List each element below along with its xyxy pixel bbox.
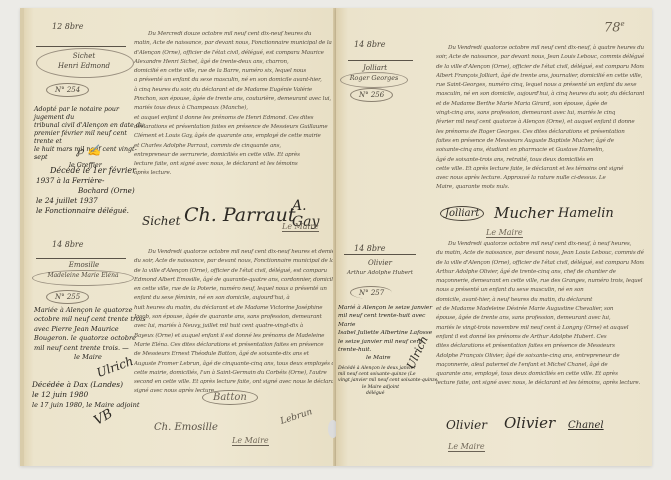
- annotation-line: Mariée à Alençon le quatorze: [34, 306, 146, 315]
- margin-annotation-adoption: Adopté par le notaire pour jugement du t…: [34, 106, 144, 170]
- body-line: Du Mercredi douze octobre mil neuf cent …: [134, 30, 334, 39]
- body-line: huit heures du matin, du déclarant et de…: [134, 304, 334, 313]
- body-line: soir, Acte de naissance, par devant nous…: [436, 53, 644, 62]
- body-line: cette mairie, domiciliés, l'un à Saint-G…: [134, 369, 334, 378]
- body-line: quarante ans, employé, tous deux domicil…: [436, 370, 644, 379]
- entry-given-names: Madeleine Marie Eléna: [34, 272, 132, 279]
- body-line: nous a présenté un enfant du sexe mascul…: [436, 286, 644, 295]
- act-body: Du Vendredi quatorze octobre mil neuf ce…: [436, 240, 644, 389]
- body-line: et de Madame Berthe Marie Maria Girard, …: [436, 100, 644, 109]
- body-line: Clément et Louis Gay, âgés de quarante a…: [134, 132, 334, 141]
- body-line: Edmond Albert Emosille, âgé de quarante-…: [134, 276, 334, 285]
- act-body: Du Mercredi douze octobre mil neuf cent …: [134, 30, 334, 179]
- body-line: rue Saint-Georges, numéro cinq, lequel n…: [436, 81, 644, 90]
- body-line: du matin, Acte de naissance, par devant …: [436, 249, 644, 258]
- body-line: Auguste Fromer Lebrun, âgé de cinquante-…: [134, 360, 334, 369]
- body-line: mariés tous deux à Champeaux (Manche),: [134, 104, 334, 113]
- margin-divider: [36, 46, 126, 47]
- signature-witness-2: Lebrun: [279, 407, 313, 427]
- body-line: second en cette ville. Et après lecture …: [134, 378, 334, 387]
- body-line: Maire, quarante mots nuls.: [436, 183, 644, 192]
- body-line: maçonnerie, aïeul paternel de l'enfant e…: [436, 361, 644, 370]
- folio-value: 78: [604, 20, 621, 35]
- body-line: du soir, Acte de naissance, par devant n…: [134, 257, 334, 266]
- body-line: après lecture.: [134, 169, 334, 178]
- right-page: 78e 14 8bre Jolliart Roger Georges N° 25…: [336, 8, 652, 466]
- entry-surname: Jolliart: [344, 64, 406, 72]
- entry-surname: Olivier: [344, 259, 416, 267]
- annotation-line: Bochard (Orne): [36, 186, 156, 196]
- body-line: soixante-cinq ans, étudiant en pharmacie…: [436, 146, 644, 155]
- left-page: 12 8bre Sichet Henri Edmond N° 254 Adopt…: [20, 8, 336, 466]
- margin-divider: [348, 60, 413, 61]
- signature-declarant: Sichet: [142, 214, 180, 228]
- signature-mayor: Le Maire: [232, 436, 269, 446]
- signature-declarant: Ch. Emosille: [154, 422, 218, 433]
- body-line: Du Vendredi quatorze octobre mil neuf ce…: [436, 240, 644, 249]
- margin-divider: [36, 258, 126, 259]
- signature-witness-1: Olivier: [504, 414, 555, 432]
- body-line: avec nous après lecture. Approuvé la rat…: [436, 174, 644, 183]
- body-line: domicilié en cette ville, rue de la Barr…: [134, 67, 334, 76]
- entry-given-names: Arthur Adolphe Hubert: [340, 270, 420, 276]
- body-line: lecture faite, ont signé avec nous, le d…: [134, 160, 334, 169]
- annotation-line: vingt janvier mil neuf cent soixante-qui…: [338, 378, 438, 384]
- body-line: vingt-cinq ans, sans profession, demeura…: [436, 109, 644, 118]
- annotation-line: Adopté par le notaire pour jugement du: [34, 106, 144, 122]
- signature-witness-1: Ch. Parraut: [184, 204, 295, 226]
- annotation-line: mil neuf cent trente trois. —: [34, 344, 146, 353]
- signature-mayor: Le Maire: [282, 222, 319, 232]
- body-line: domicile, avant-hier, à neuf heures du m…: [436, 296, 644, 305]
- entry-given-names: Henri Edmond: [38, 62, 130, 70]
- body-line: épouse, âgée de trente ans, sans profess…: [436, 314, 644, 323]
- signature-witness-1: Batton: [202, 390, 258, 405]
- body-line: mariés le vingt-trois novembre mil neuf …: [436, 324, 644, 333]
- body-line: enfant il est donné les prénoms de Arthu…: [436, 333, 644, 342]
- annotation-line: avec Pierre Jean Maurice: [34, 325, 146, 334]
- body-line: de Messieurs Ernest Théodule Batton, âgé…: [134, 350, 334, 359]
- body-line: a présenté un enfant du sexe masculin, n…: [134, 76, 334, 85]
- annotation-line: Marié à Alençon le seize janvier: [338, 304, 434, 312]
- annotation-line: octobre mil neuf cent trente trois: [34, 315, 146, 324]
- body-line: âgé de soixante-trois ans, retraité, tou…: [436, 156, 644, 165]
- act-number: N° 254: [46, 83, 89, 97]
- entry-surname: Emosille: [38, 261, 130, 269]
- signature-witness-2: Chanel: [568, 420, 604, 431]
- act-number: N° 257: [350, 286, 392, 299]
- register-book: 12 8bre Sichet Henri Edmond N° 254 Adopt…: [20, 8, 652, 466]
- annotation-line: le 17 juin 1980, le Maire adjoint: [32, 400, 162, 410]
- body-line: et Charles Adolphe Parraut, commis de ci…: [134, 142, 334, 151]
- body-line: enfant du sexe féminin, né en son domici…: [134, 294, 334, 303]
- entry-date: 14 8bre: [354, 40, 386, 50]
- body-line: les prénoms de Roger Georges. Ces dites …: [436, 128, 644, 137]
- body-line: Du Vendredi quatorze octobre mil neuf ce…: [134, 248, 334, 257]
- body-line: en cette ville, rue de la Poterie, numér…: [134, 285, 334, 294]
- body-line: dites déclarations et présentation faite…: [436, 342, 644, 351]
- body-line: maçonnerie, demeurant en cette ville, ru…: [436, 277, 644, 286]
- body-line: Alexandre Henri Sichet, âgé de trente-de…: [134, 58, 334, 67]
- entry-date: 14 8bre: [354, 244, 386, 254]
- body-line: entrepreneur de serrurerie, domiciliés e…: [134, 151, 334, 160]
- annotation-line: le 24 juillet 1937: [36, 196, 156, 206]
- folio-suffix: e: [621, 20, 625, 28]
- body-line: février mil neuf cent quatorze à Alençon…: [436, 118, 644, 127]
- body-line: Bayeux (Orne) et auquel enfant il est do…: [134, 332, 334, 341]
- clerk-signature: ℘ ✍: [76, 144, 101, 157]
- signature-declarant: Olivier: [446, 418, 487, 432]
- body-line: lecture faite, ont signé avec nous, le d…: [436, 379, 644, 388]
- body-line: cette ville. Et après lecture faite, le …: [436, 165, 644, 174]
- body-line: déclarations et présentation faites en p…: [134, 123, 334, 132]
- annotation-line: mil neuf cent trente-huit avec Marie: [338, 312, 434, 329]
- body-line: à cinq heures du soir, du déclarant et d…: [134, 86, 334, 95]
- folio-number: 78e: [604, 20, 625, 35]
- margin-divider: [344, 254, 416, 255]
- body-line: de la ville d'Alençon (Orne), officier d…: [134, 267, 334, 276]
- body-line: Du Vendredi quatorze octobre mil neuf ce…: [436, 44, 644, 53]
- act-body: Du Vendredi quatorze octobre mil neuf ce…: [436, 44, 644, 193]
- entry-surname: Sichet: [38, 52, 130, 60]
- margin-annotation-death: Décédé à Alençon le deux janvier mil neu…: [338, 366, 438, 397]
- signature-declarant: Jolliart: [440, 206, 484, 221]
- annotation-line: Bougeron. le quatorze octobre: [34, 334, 146, 343]
- annotation-line: délégué: [338, 391, 438, 397]
- annotation-line: le Fonctionnaire délégué.: [36, 206, 156, 216]
- body-line: avec lui, mariés à Neuvy, juillet mil hu…: [134, 322, 334, 331]
- signature-mayor: Le Maire: [486, 228, 523, 238]
- body-line: et de Madame Madeleine Désirée Marie Aug…: [436, 305, 644, 314]
- act-body: Du Vendredi quatorze octobre mil neuf ce…: [134, 248, 334, 397]
- body-line: Marie Eléna. Ces dites déclarations et p…: [134, 341, 334, 350]
- body-line: et auquel enfant il donne les prénoms de…: [134, 114, 334, 123]
- annotation-line: tribunal civil d'Alençon en date du: [34, 122, 144, 130]
- body-line: Adolphe François Olivier, âgé de soixant…: [436, 352, 644, 361]
- signature-mayor: Le Maire: [448, 442, 485, 452]
- entry-given-names: Roger Georges: [342, 74, 406, 82]
- body-line: faites en présence de Messieurs Auguste …: [436, 137, 644, 146]
- body-line: Jacob, son épouse, âgée de quarante ans,…: [134, 313, 334, 322]
- act-number: N° 256: [350, 88, 393, 102]
- body-line: Albert François Jolliart, âgé de trente …: [436, 72, 644, 81]
- body-line: de la ville d'Alençon (Orne), officier d…: [436, 63, 644, 72]
- body-line: masculin, né en son domicile, aujourd'hu…: [436, 90, 644, 99]
- body-line: Pinchon, son épouse, âgée de trente ans,…: [134, 95, 334, 104]
- act-number: N° 255: [46, 290, 89, 304]
- body-line: d'Alençon (Orne), officier de l'état civ…: [134, 49, 334, 58]
- body-line: Arthur Adolphe Olivier, âgé de trente-ci…: [436, 268, 644, 277]
- entry-date: 12 8bre: [52, 22, 84, 32]
- entry-date: 14 8bre: [52, 240, 84, 250]
- body-line: matin, Acte de naissance, par devant nou…: [134, 39, 334, 48]
- signature-witness-1: Mucher: [494, 204, 553, 222]
- body-line: de la ville d'Alençon (Orne), officier d…: [436, 259, 644, 268]
- signature-witness-2: Hamelin: [558, 206, 614, 221]
